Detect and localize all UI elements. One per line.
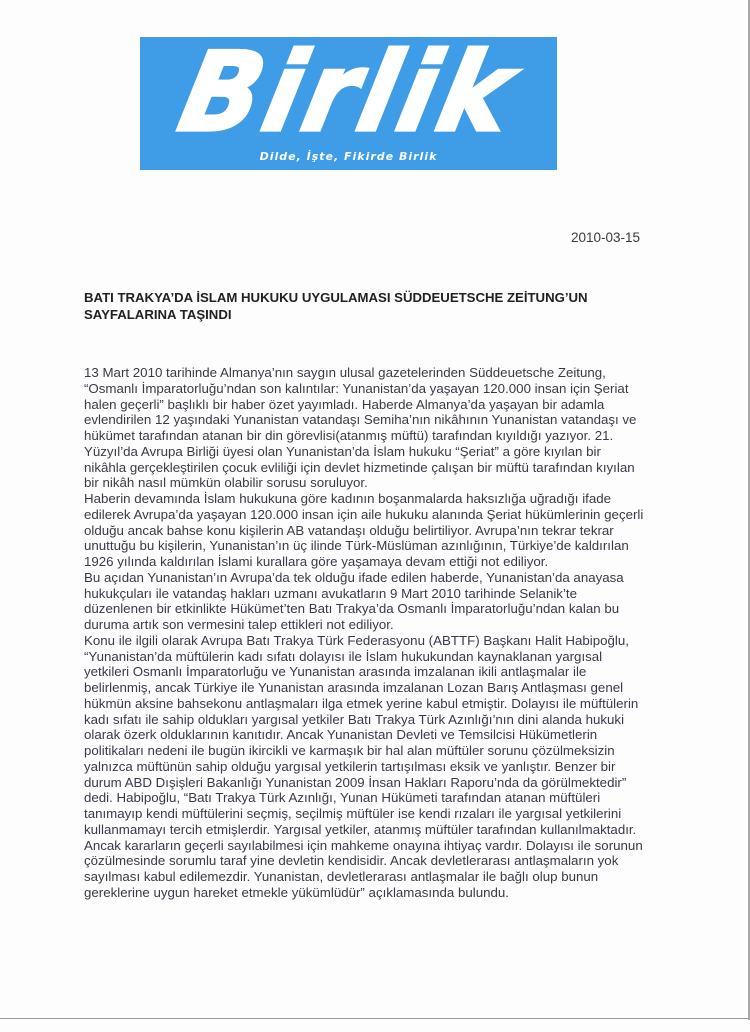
- logo-wordmark: Birlik: [140, 37, 557, 156]
- birlik-logo: Birlik Dilde, İşte, Fikirde Birlik: [140, 37, 557, 170]
- article-date: 2010-03-15: [540, 230, 640, 245]
- article-body: 13 Mart 2010 tarihinde Almanya’nın saygı…: [84, 365, 644, 901]
- article-paragraph: Bu açıdan Yunanistan’ın Avrupa’da tek ol…: [84, 570, 644, 633]
- article-paragraph: Haberin devamında İslam hukukuna göre ka…: [84, 491, 644, 570]
- logo-slogan: Dilde, İşte, Fikirde Birlik: [140, 150, 557, 163]
- article-paragraph: Konu ile ilgili olarak Avrupa Batı Traky…: [84, 633, 644, 901]
- page-edge-bottom: [0, 1018, 750, 1019]
- article-paragraph: 13 Mart 2010 tarihinde Almanya’nın saygı…: [84, 365, 644, 491]
- article-headline: BATI TRAKYA’DA İSLAM HUKUKU UYGULAMASI S…: [84, 289, 624, 323]
